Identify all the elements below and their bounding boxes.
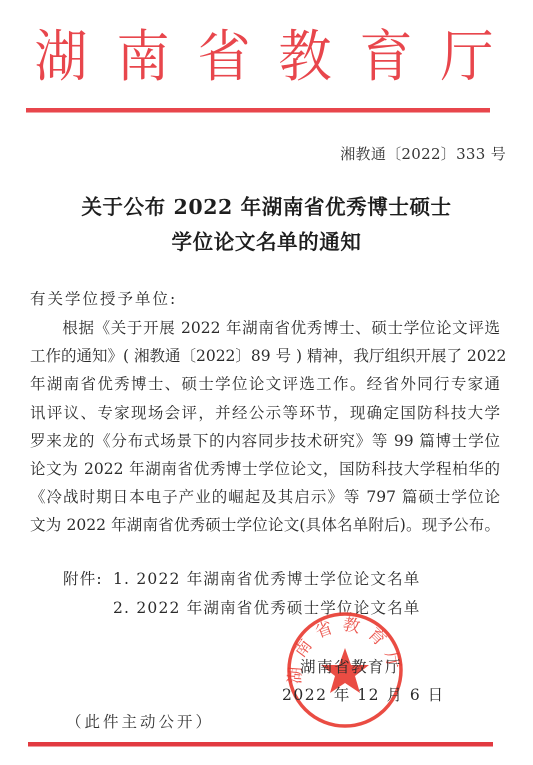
body-line: 年湖南省优秀博士、硕士学位论文评选工作。经省外同行专家通 xyxy=(30,370,500,398)
notice-title-line-2: 学位论文名单的通知 xyxy=(0,225,533,255)
salutation: 有关学位授予单位: xyxy=(30,287,177,309)
masthead-char: 南 xyxy=(116,28,169,88)
masthead-char: 教 xyxy=(278,28,331,88)
body-line: 罗来龙的《分布式场景下的内容同步技术研究》等 99 篇博士学位 xyxy=(30,427,500,455)
masthead-title: 湖 南 省 教 育 厅 xyxy=(0,28,533,88)
issue-date: 2022 年 12 月 6 日 xyxy=(282,683,445,705)
masthead-char: 湖 xyxy=(34,28,87,88)
disclosure-note: （此件主动公开） xyxy=(66,710,214,732)
attachment-item-1[interactable]: 1. 2022 年湖南省优秀博士学位论文名单 xyxy=(113,567,421,589)
notice-title-line-1: 关于公布 2022 年湖南省优秀博士硕士 xyxy=(0,190,533,220)
masthead-char: 育 xyxy=(359,28,412,88)
body-line: 文为 2022 年湖南省优秀硕士学位论文(具体名单附后)。现予公布。 xyxy=(30,511,500,539)
body-paragraph: 根据《关于开展 2022 年湖南省优秀博士、硕士学位论文评选 工作的通知》( 湘… xyxy=(30,314,500,540)
masthead-char: 省 xyxy=(197,28,250,88)
document-number: 湘教通〔2022〕333 号 xyxy=(340,143,506,164)
attachments-label: 附件: xyxy=(63,567,103,589)
body-line: 工作的通知》( 湘教通〔2022〕89 号 ) 精神，我厅组织开展了 2022 xyxy=(30,342,500,370)
body-line: 讯评议、专家现场会评，并经公示等环节，现确定国防科技大学 xyxy=(30,399,500,427)
body-line: 《冷战时期日本电子产业的崛起及其启示》等 797 篇硕士学位论 xyxy=(30,483,500,511)
masthead-char: 厅 xyxy=(440,28,493,88)
body-line: 论文为 2022 年湖南省优秀博士学位论文，国防科技大学程柏华的 xyxy=(30,455,500,483)
issuer-name: 湖南省教育厅 xyxy=(300,655,402,677)
footer-divider xyxy=(28,742,493,747)
body-line: 根据《关于开展 2022 年湖南省优秀博士、硕士学位论文评选 xyxy=(30,314,500,342)
masthead-divider xyxy=(26,108,490,113)
